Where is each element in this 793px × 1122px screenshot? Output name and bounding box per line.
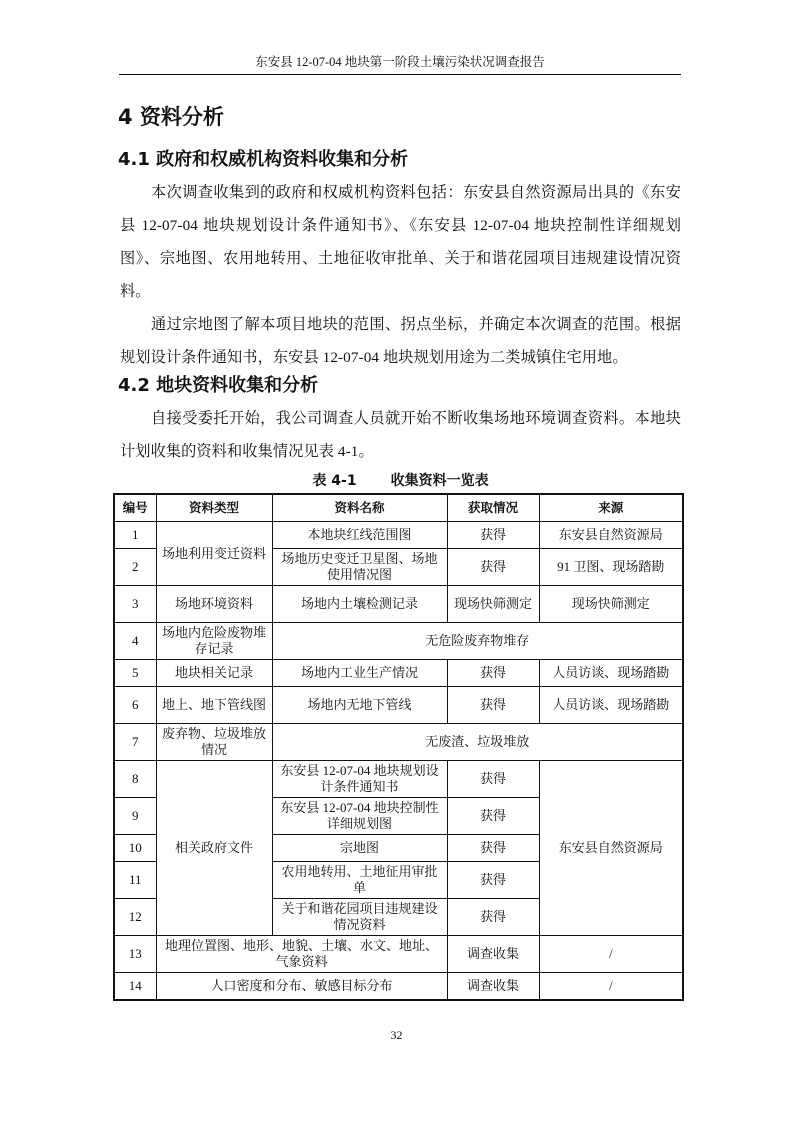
header-cell: 资料名称 xyxy=(272,494,447,522)
cell-name: 东安县 12-07-04 地块控制性详细规划图 xyxy=(272,798,447,835)
cell-status: 调查收集 xyxy=(447,973,539,1000)
chapter-title: 4 资料分析 xyxy=(118,104,224,130)
cell-no: 13 xyxy=(114,936,156,973)
table-row: 4 场地内危险废物堆存记录 无危险废弃物堆存 xyxy=(114,623,683,660)
cell-source: / xyxy=(539,936,683,973)
cell-source: 人员访谈、现场踏勘 xyxy=(539,660,683,687)
cell-type: 场地环境资料 xyxy=(156,586,272,623)
cell-status: 获得 xyxy=(447,549,539,586)
collected-materials-table: 编号 资料类型 资料名称 获取情况 来源 1 场地利用变迁资料 本地块红线范围图… xyxy=(113,493,684,1001)
cell-name: 场地内土壤检测记录 xyxy=(272,586,447,623)
cell-status: 获得 xyxy=(447,899,539,936)
section-4-2-title: 4.2 地块资料收集和分析 xyxy=(118,374,318,398)
cell-source: 人员访谈、现场踏勘 xyxy=(539,687,683,724)
table-row: 14 人口密度和分布、敏感目标分布 调查收集 / xyxy=(114,973,683,1000)
cell-name: 农用地转用、土地征用审批单 xyxy=(272,862,447,899)
cell-status: 现场快筛测定 xyxy=(447,586,539,623)
cell-type: 场地内危险废物堆存记录 xyxy=(156,623,272,660)
header-rule xyxy=(119,74,681,75)
cell-merged-note: 无废渣、垃圾堆放 xyxy=(272,724,683,761)
cell-no: 5 xyxy=(114,660,156,687)
cell-type-name: 地理位置图、地形、地貌、土壤、水文、地址、气象资料 xyxy=(156,936,447,973)
cell-status: 调查收集 xyxy=(447,936,539,973)
cell-type: 废弃物、垃圾堆放情况 xyxy=(156,724,272,761)
cell-status: 获得 xyxy=(447,687,539,724)
cell-name: 关于和谐花园项目违规建设情况资料 xyxy=(272,899,447,936)
table-row: 1 场地利用变迁资料 本地块红线范围图 获得 东安县自然资源局 xyxy=(114,522,683,549)
cell-no: 12 xyxy=(114,899,156,936)
cell-status: 获得 xyxy=(447,862,539,899)
cell-source: 现场快筛测定 xyxy=(539,586,683,623)
cell-source: / xyxy=(539,973,683,1000)
cell-merged-note: 无危险废弃物堆存 xyxy=(272,623,683,660)
paragraph: 通过宗地图了解本项目地块的范围、拐点坐标，并确定本次调查的范围。根据规划设计条件… xyxy=(120,308,681,374)
cell-status: 获得 xyxy=(447,761,539,798)
cell-no: 7 xyxy=(114,724,156,761)
cell-name: 宗地图 xyxy=(272,835,447,862)
table-row: 6 地上、地下管线图 场地内无地下管线 获得 人员访谈、现场踏勘 xyxy=(114,687,683,724)
cell-no: 14 xyxy=(114,973,156,1000)
cell-name: 本地块红线范围图 xyxy=(272,522,447,549)
cell-no: 4 xyxy=(114,623,156,660)
table-row: 13 地理位置图、地形、地貌、土壤、水文、地址、气象资料 调查收集 / xyxy=(114,936,683,973)
header-cell: 获取情况 xyxy=(447,494,539,522)
cell-type-name: 人口密度和分布、敏感目标分布 xyxy=(156,973,447,1000)
table-row: 8 相关政府文件 东安县 12-07-04 地块规划设计条件通知书 获得 东安县… xyxy=(114,761,683,798)
header-cell: 资料类型 xyxy=(156,494,272,522)
header-cell: 来源 xyxy=(539,494,683,522)
cell-type: 场地利用变迁资料 xyxy=(156,522,272,586)
section-4-1-title: 4.1 政府和权威机构资料收集和分析 xyxy=(118,148,408,172)
table-row: 3 场地环境资料 场地内土壤检测记录 现场快筛测定 现场快筛测定 xyxy=(114,586,683,623)
cell-name: 场地历史变迁卫星图、场地使用情况图 xyxy=(272,549,447,586)
table-row: 7 废弃物、垃圾堆放情况 无废渣、垃圾堆放 xyxy=(114,724,683,761)
cell-name: 场地内无地下管线 xyxy=(272,687,447,724)
cell-source: 东安县自然资源局 xyxy=(539,522,683,549)
table-caption-number: 表 4-1 xyxy=(312,473,356,489)
cell-name: 场地内工业生产情况 xyxy=(272,660,447,687)
table-caption-title: 收集资料一览表 xyxy=(391,473,489,489)
cell-no: 3 xyxy=(114,586,156,623)
cell-no: 9 xyxy=(114,798,156,835)
cell-name: 东安县 12-07-04 地块规划设计条件通知书 xyxy=(272,761,447,798)
cell-status: 获得 xyxy=(447,660,539,687)
cell-source: 91 卫图、现场踏勘 xyxy=(539,549,683,586)
table-row: 5 地块相关记录 场地内工业生产情况 获得 人员访谈、现场踏勘 xyxy=(114,660,683,687)
cell-no: 6 xyxy=(114,687,156,724)
cell-no: 2 xyxy=(114,549,156,586)
cell-no: 8 xyxy=(114,761,156,798)
cell-type: 地上、地下管线图 xyxy=(156,687,272,724)
table-caption: 表 4-1收集资料一览表 xyxy=(120,470,681,490)
cell-status: 获得 xyxy=(447,798,539,835)
cell-status: 获得 xyxy=(447,835,539,862)
cell-type: 地块相关记录 xyxy=(156,660,272,687)
header-cell: 编号 xyxy=(114,494,156,522)
cell-status: 获得 xyxy=(447,522,539,549)
cell-no: 1 xyxy=(114,522,156,549)
paragraph: 本次调查收集到的政府和权威机构资料包括：东安县自然资源局出具的《东安县 12-0… xyxy=(120,176,681,308)
page-number: 32 xyxy=(0,1028,793,1043)
table-header-row: 编号 资料类型 资料名称 获取情况 来源 xyxy=(114,494,683,522)
running-header: 东安县 12-07-04 地块第一阶段土壤污染状况调查报告 xyxy=(120,54,680,70)
paragraph: 自接受委托开始，我公司调查人员就开始不断收集场地环境调查资料。本地块计划收集的资… xyxy=(120,402,681,468)
cell-no: 10 xyxy=(114,835,156,862)
cell-source: 东安县自然资源局 xyxy=(539,761,683,936)
cell-no: 11 xyxy=(114,862,156,899)
cell-type: 相关政府文件 xyxy=(156,761,272,936)
